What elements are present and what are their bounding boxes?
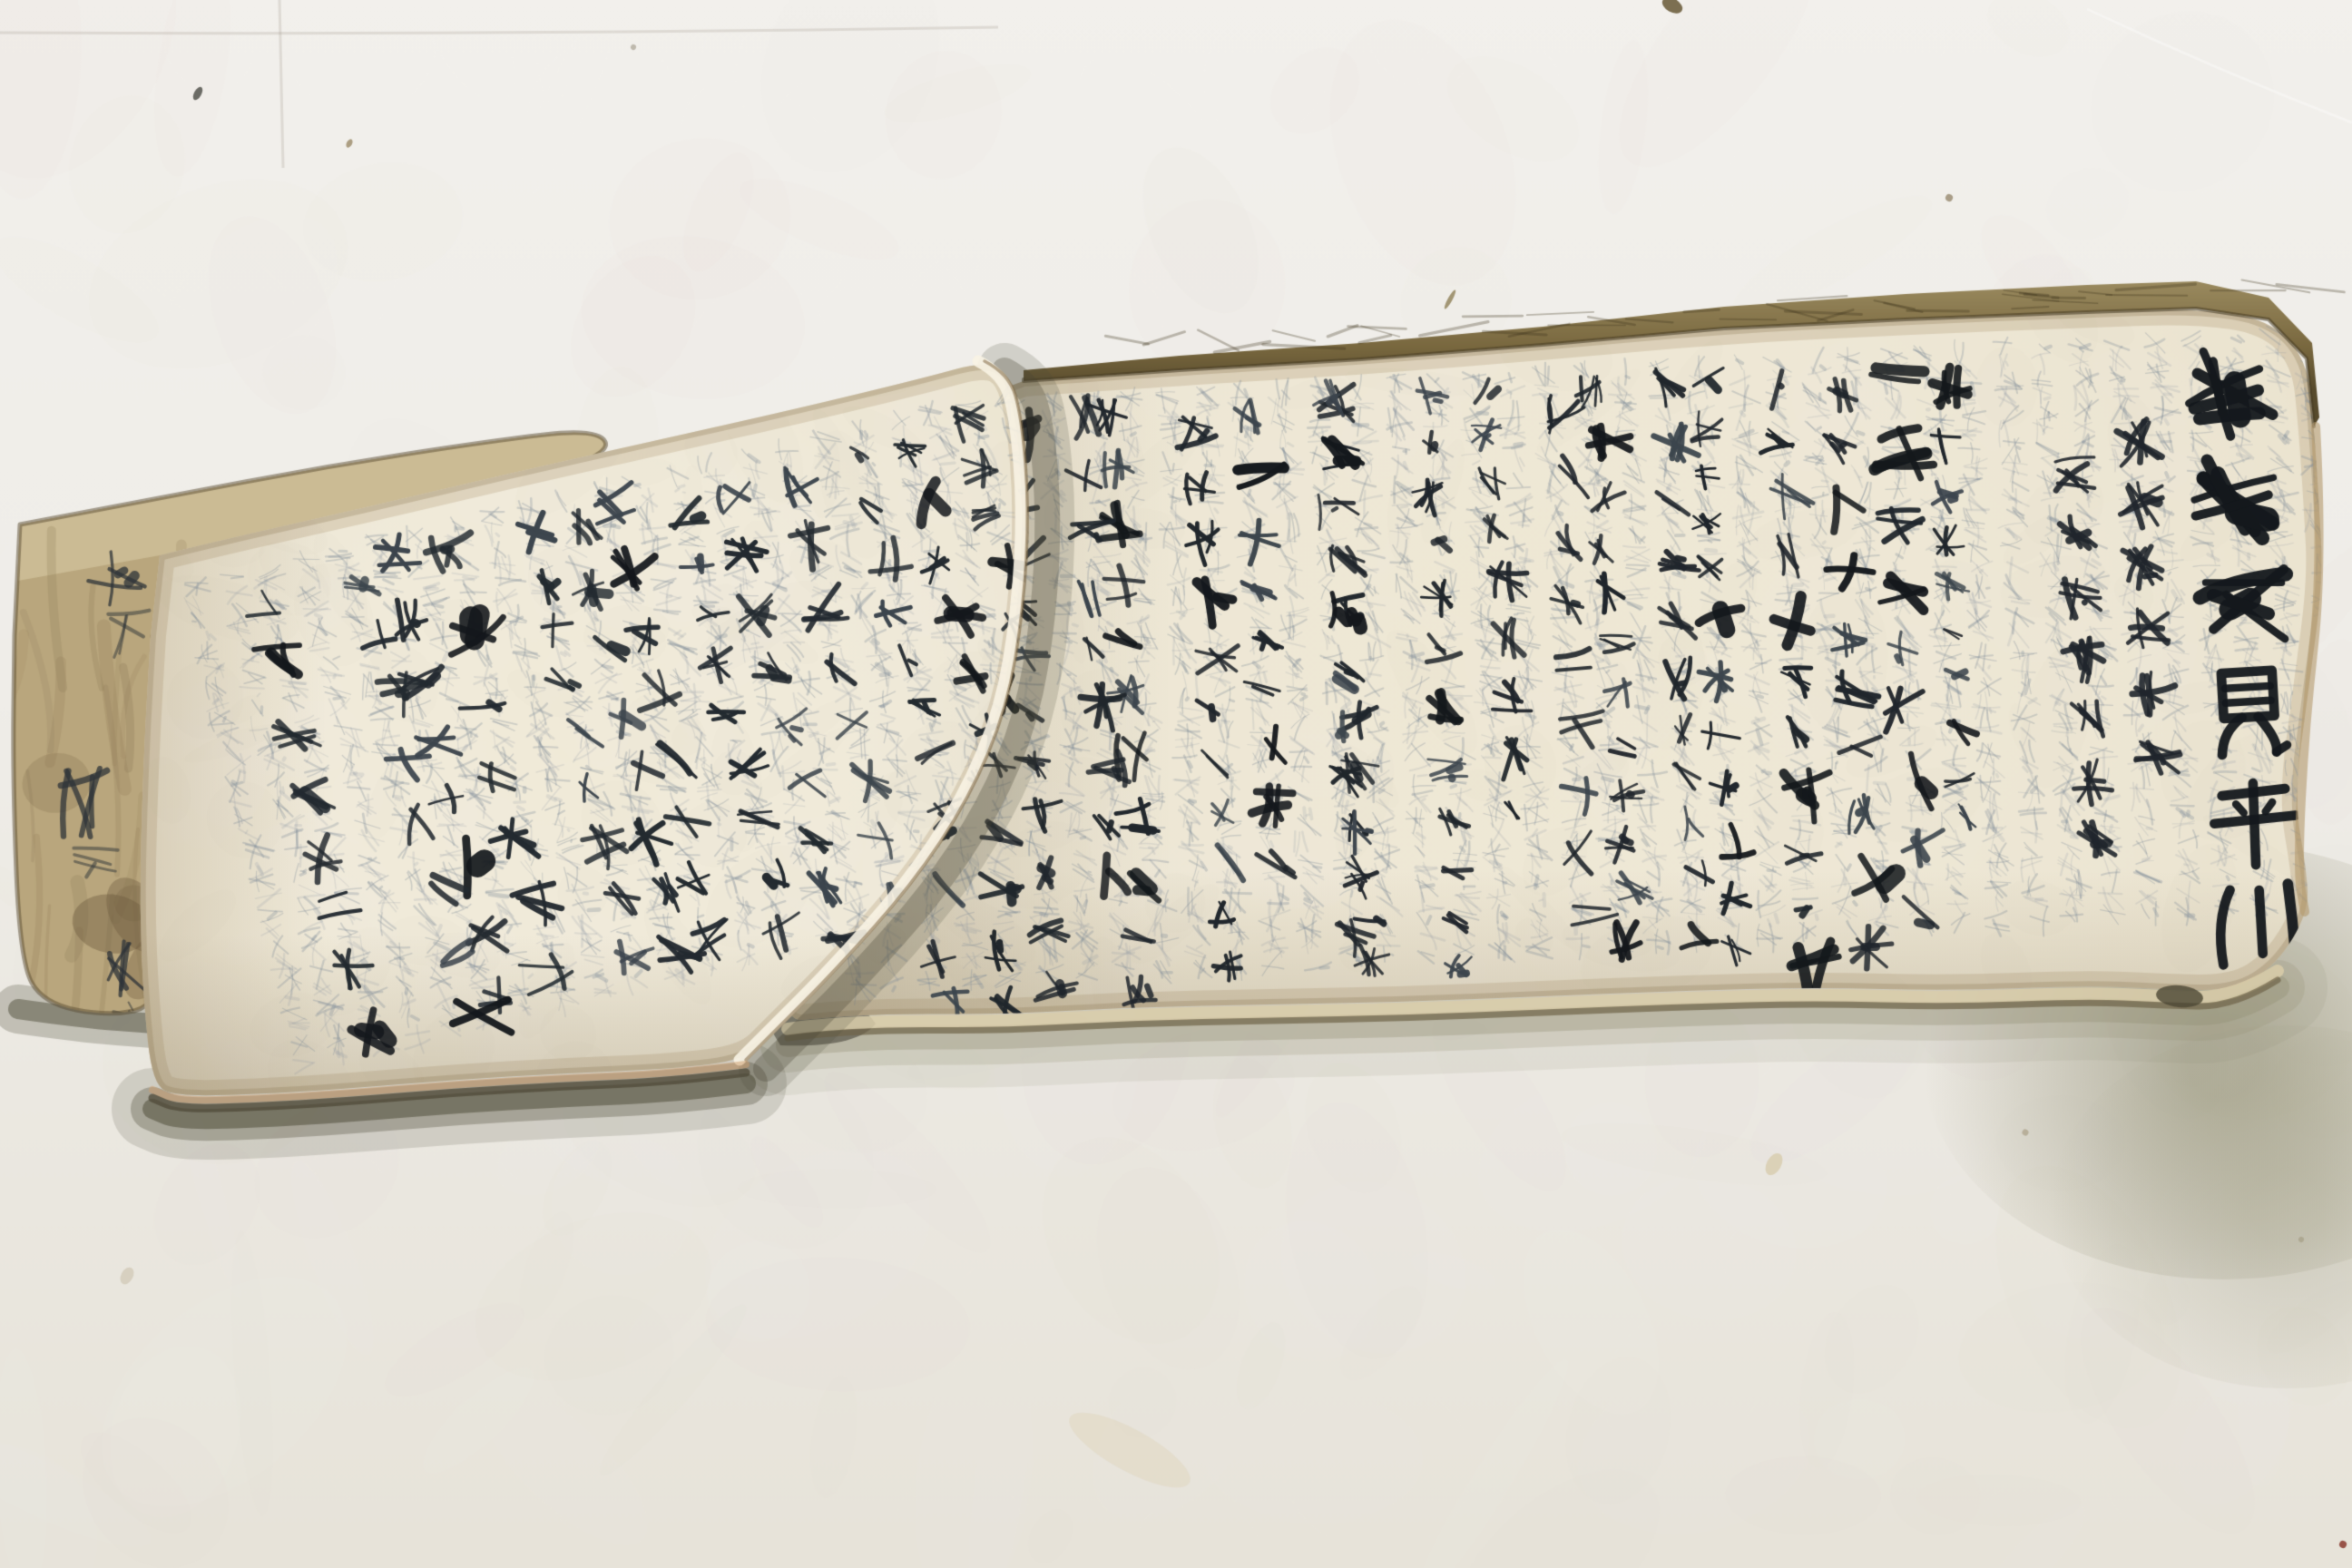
manuscript-photo-canvas: [0, 0, 2352, 1568]
photo-of-manuscript: 枩麿露見平川 佟林誔古道此 君子夜之于古傳: [0, 0, 2352, 1568]
